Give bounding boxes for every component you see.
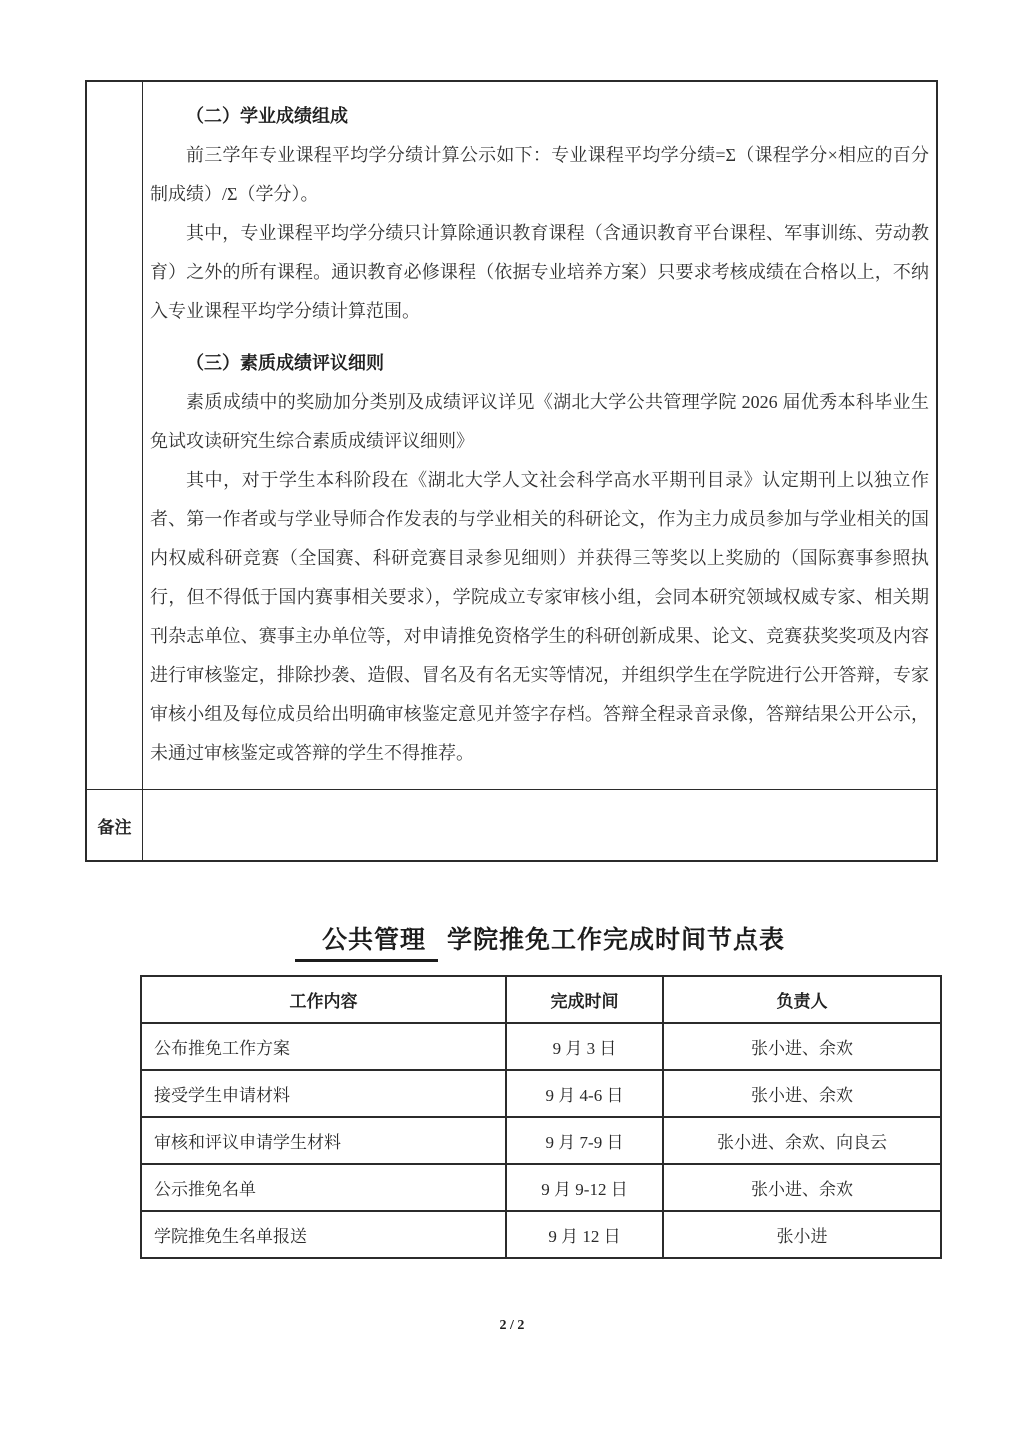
schedule-title: 公共管理学院推免工作完成时间节点表 xyxy=(140,920,940,962)
table-row: 接受学生申请材料 9 月 4-6 日 张小进、余欢 xyxy=(141,1070,941,1117)
table-row: 审核和评议申请学生材料 9 月 7-9 日 张小进、余欢、向良云 xyxy=(141,1117,941,1164)
cell-deadline: 9 月 9-12 日 xyxy=(506,1164,663,1211)
rules-label-cell-empty xyxy=(87,82,143,789)
schedule-table: 工作内容 完成时间 负责人 公布推免工作方案 9 月 3 日 张小进、余欢 接受… xyxy=(140,975,942,1259)
cell-deadline: 9 月 3 日 xyxy=(506,1023,663,1070)
paragraph-gpa-formula: 前三学年专业课程平均学分绩计算公示如下：专业课程平均学分绩=Σ（课程学分×相应的… xyxy=(150,136,929,214)
schedule-title-rest: 学院推免工作完成时间节点表 xyxy=(447,927,785,954)
document-page: （二）学业成绩组成 前三学年专业课程平均学分绩计算公示如下：专业课程平均学分绩=… xyxy=(0,0,1024,1448)
remark-label: 备注 xyxy=(87,789,143,860)
cell-owner: 张小进、余欢 xyxy=(663,1023,941,1070)
table-row: 学院推免生名单报送 9 月 12 日 张小进 xyxy=(141,1211,941,1258)
cell-task: 公布推免工作方案 xyxy=(141,1023,506,1070)
cell-owner: 张小进、余欢 xyxy=(663,1070,941,1117)
section-heading-quality: （三）素质成绩评议细则 xyxy=(150,344,929,383)
column-header-task: 工作内容 xyxy=(141,976,506,1023)
cell-deadline: 9 月 7-9 日 xyxy=(506,1117,663,1164)
paragraph-quality-reference: 素质成绩中的奖励加分类别及成绩评议详见《湖北大学公共管理学院 2026 届优秀本… xyxy=(150,383,929,461)
cell-owner: 张小进、余欢、向良云 xyxy=(663,1117,941,1164)
paragraph-quality-review: 其中，对于学生本科阶段在《湖北大学人文社会科学高水平期刊目录》认定期刊上以独立作… xyxy=(150,461,929,773)
paragraph-gpa-scope: 其中，专业课程平均学分绩只计算除通识教育课程（含通识教育平台课程、军事训练、劳动… xyxy=(150,214,929,331)
section-heading-academic: （二）学业成绩组成 xyxy=(150,97,929,136)
rules-content-cell: （二）学业成绩组成 前三学年专业课程平均学分绩计算公示如下：专业课程平均学分绩=… xyxy=(143,82,936,789)
cell-task: 审核和评议申请学生材料 xyxy=(141,1117,506,1164)
table-row: 公布推免工作方案 9 月 3 日 张小进、余欢 xyxy=(141,1023,941,1070)
cell-owner: 张小进 xyxy=(663,1211,941,1258)
schedule-header-row: 工作内容 完成时间 负责人 xyxy=(141,976,941,1023)
cell-task: 学院推免生名单报送 xyxy=(141,1211,506,1258)
schedule-title-college-name: 公共管理 xyxy=(295,920,438,962)
column-header-owner: 负责人 xyxy=(663,976,941,1023)
cell-deadline: 9 月 12 日 xyxy=(506,1211,663,1258)
page-number: 2 / 2 xyxy=(0,1318,1024,1334)
cell-task: 公示推免名单 xyxy=(141,1164,506,1211)
column-header-deadline: 完成时间 xyxy=(506,976,663,1023)
remark-value-cell xyxy=(143,789,936,860)
cell-owner: 张小进、余欢 xyxy=(663,1164,941,1211)
table-row: 公示推免名单 9 月 9-12 日 张小进、余欢 xyxy=(141,1164,941,1211)
cell-task: 接受学生申请材料 xyxy=(141,1070,506,1117)
cell-deadline: 9 月 4-6 日 xyxy=(506,1070,663,1117)
rules-table: （二）学业成绩组成 前三学年专业课程平均学分绩计算公示如下：专业课程平均学分绩=… xyxy=(85,80,938,862)
